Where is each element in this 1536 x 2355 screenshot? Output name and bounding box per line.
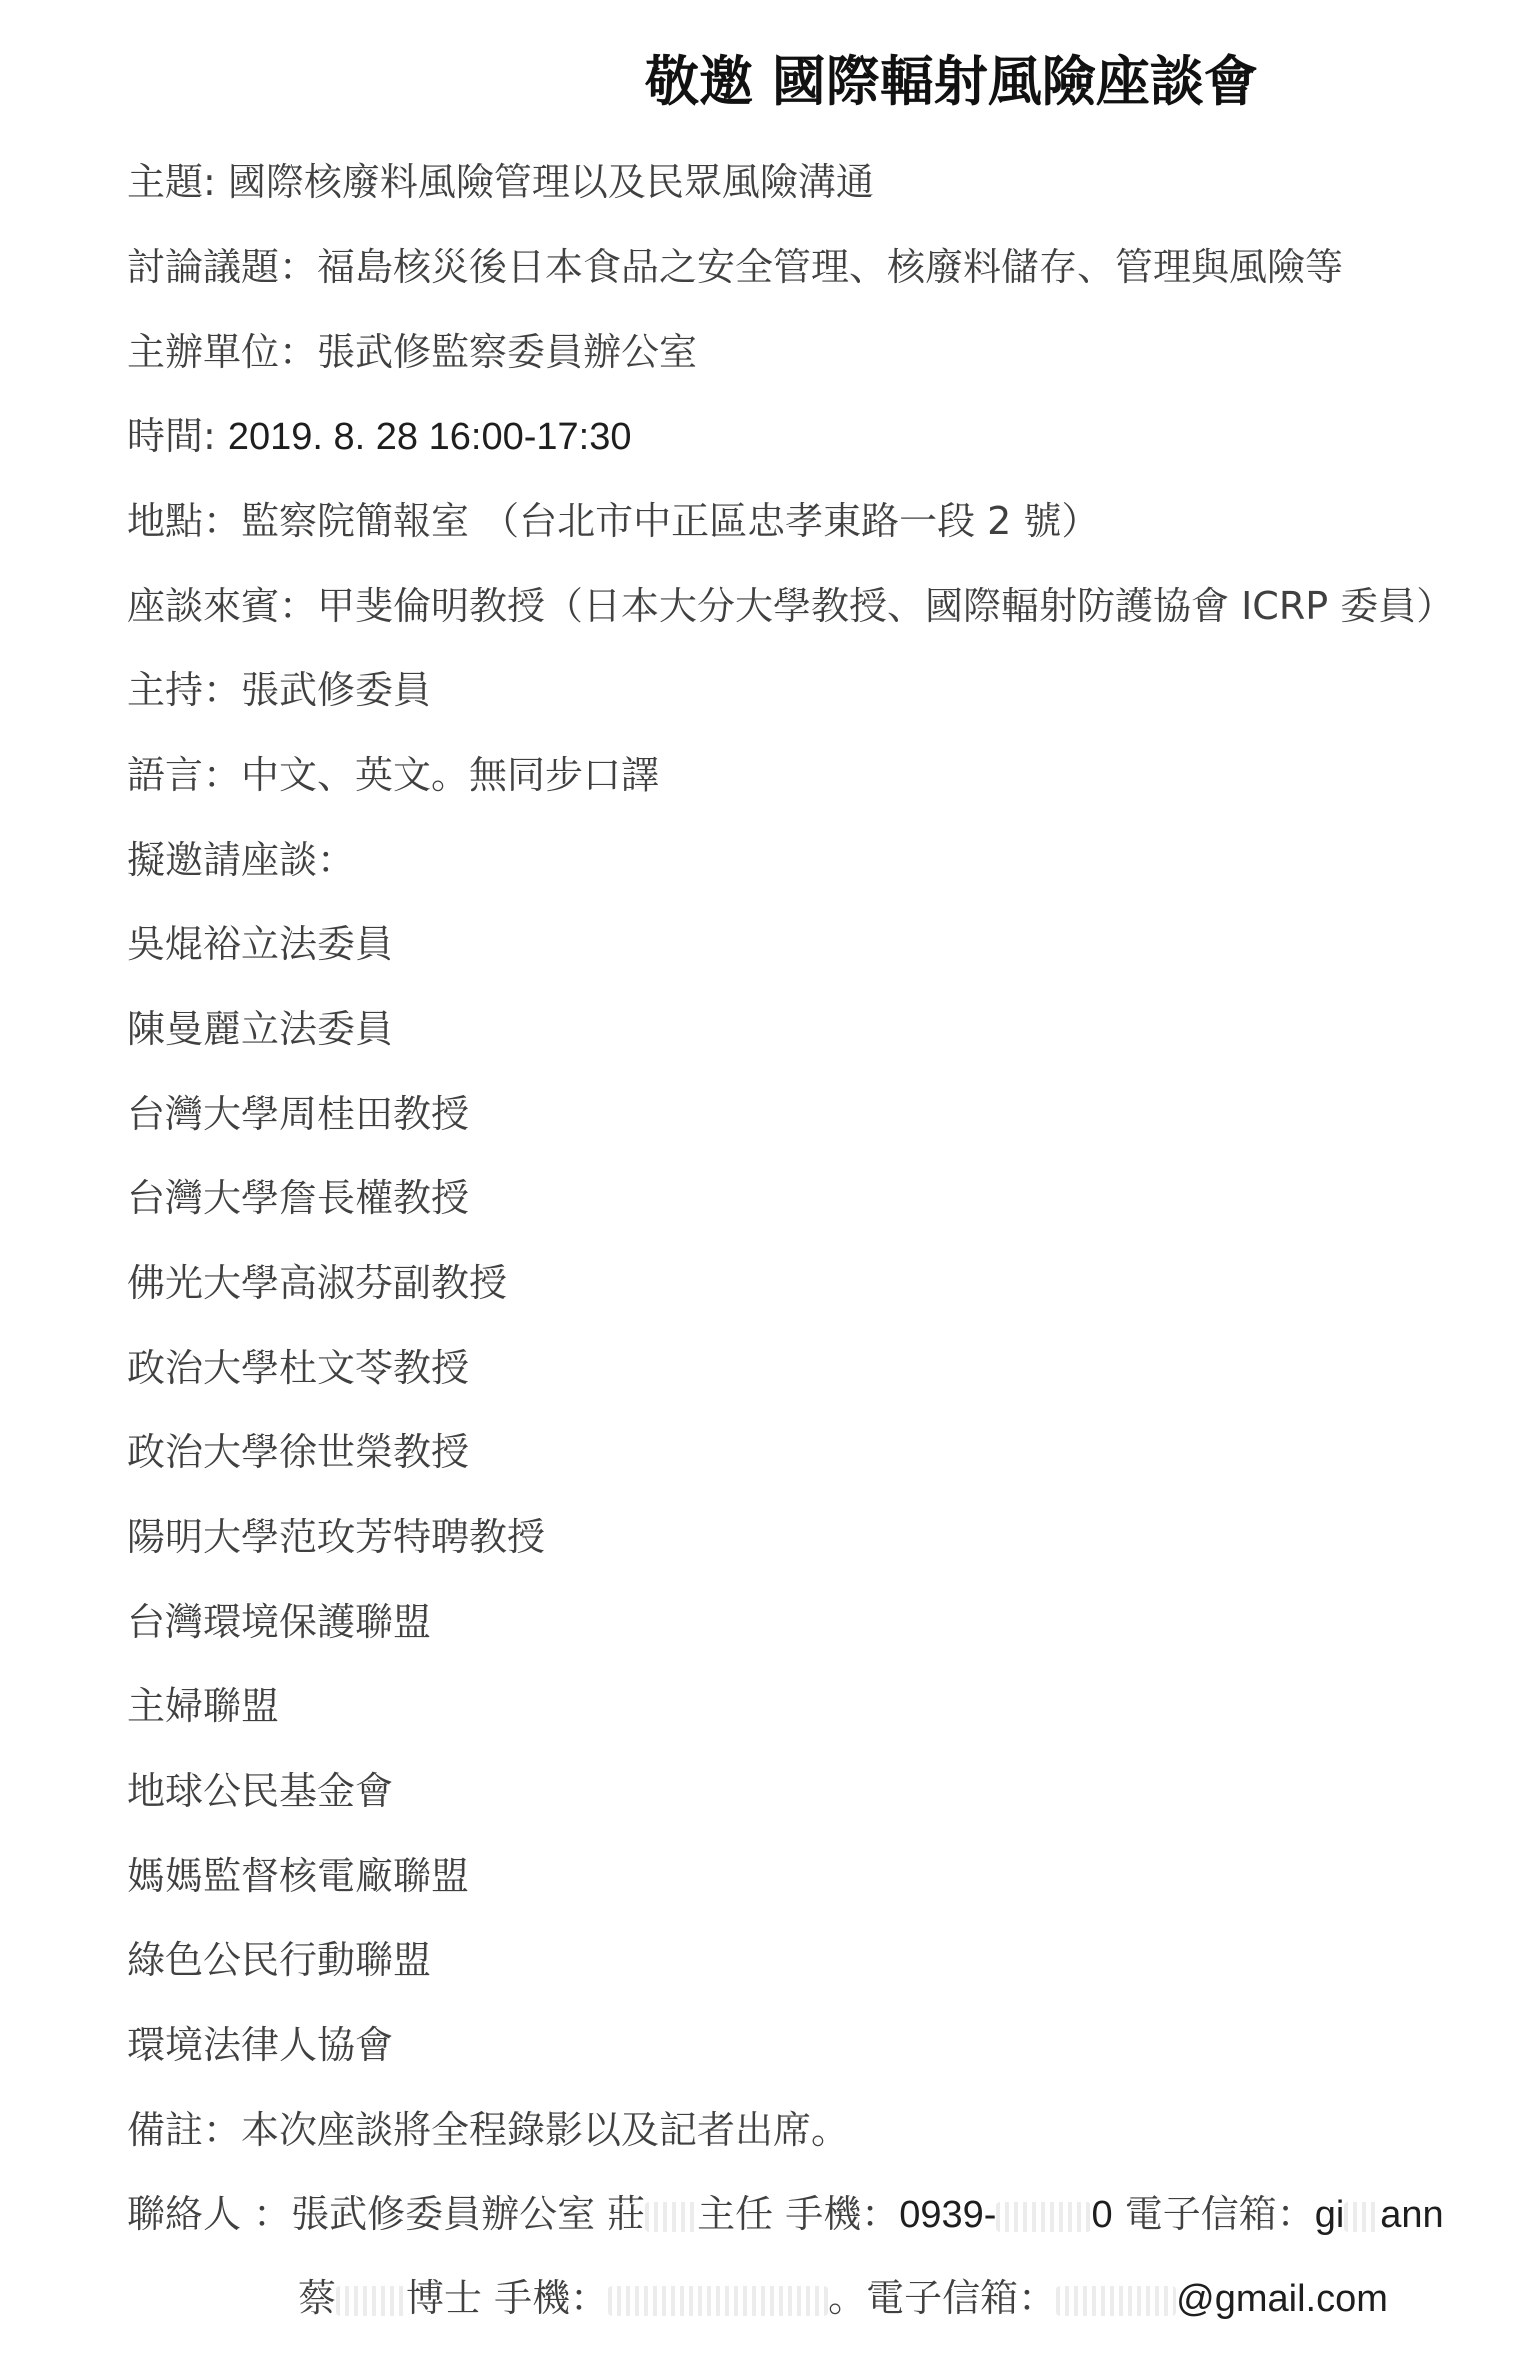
contact2-email-label: 。電子信箱： (828, 2276, 1056, 2320)
invitee-item: 綠色公民行動聯盟 (127, 1936, 431, 1984)
redacted-block (336, 2286, 406, 2316)
invitee-item: 吳焜裕立法委員 (127, 920, 393, 968)
invitee-item: 地球公民基金會 (127, 1767, 393, 1815)
invitee-item: 政治大學徐世榮教授 (127, 1428, 469, 1476)
invitee-item: 環境法律人協會 (127, 2021, 393, 2069)
note-line: 備註：本次座談將全程錄影以及記者出席。 (127, 2106, 849, 2154)
invitee-item: 陳曼麗立法委員 (127, 1005, 393, 1053)
contact2-title: 博士 手機： (406, 2276, 608, 2320)
issues-line: 討論議題：福島核災後日本食品之安全管理、核廢料儲存、管理與風險等 (127, 243, 1343, 291)
invitee-item: 主婦聯盟 (127, 1682, 279, 1730)
redacted-block (608, 2286, 828, 2316)
invitee-item: 政治大學杜文苓教授 (127, 1344, 469, 1392)
redacted-block (645, 2202, 697, 2232)
invitee-item: 陽明大學范玫芳特聘教授 (127, 1513, 545, 1561)
host-line: 主持：張武修委員 (127, 666, 431, 714)
time-label: 時間: (127, 414, 228, 458)
invitees-heading: 擬邀請座談： (127, 836, 355, 884)
contact-email-end[interactable]: ann (1380, 2194, 1443, 2236)
contact-email-label: 電子信箱： (1113, 2192, 1315, 2236)
redacted-block (996, 2202, 1091, 2232)
redacted-block (1056, 2286, 1176, 2316)
time-line: 時間: 2019. 8. 28 16:00-17:30 (127, 412, 631, 461)
contact-prefix: 聯絡人 ：張武修委員辦公室 莊 (127, 2192, 645, 2236)
topic-line: 主題: 國際核廢料風險管理以及民眾風險溝通 (127, 158, 874, 206)
contact-email-start[interactable]: gi (1315, 2194, 1345, 2236)
invitee-item: 台灣大學詹長權教授 (127, 1174, 469, 1222)
contact-line-1: 聯絡人 ：張武修委員辦公室 莊主任 手機：0939-0 電子信箱：giann (127, 2190, 1444, 2239)
contact-phone-start: 0939- (899, 2194, 996, 2236)
organizer-line: 主辦單位：張武修監察委員辦公室 (127, 328, 697, 376)
invitee-item: 台灣大學周桂田教授 (127, 1090, 469, 1138)
venue-line: 地點：監察院簡報室 （台北市中正區忠孝東路一段 2 號） (127, 497, 1099, 545)
invitee-item: 佛光大學高淑芬副教授 (127, 1259, 507, 1307)
invitee-item: 台灣環境保護聯盟 (127, 1598, 431, 1646)
guest-line: 座談來賓：甲斐倫明教授（日本大分大學教授、國際輻射防護協會 ICRP 委員） (127, 582, 1454, 630)
contact2-email-end[interactable]: @gmail.com (1176, 2278, 1388, 2320)
redacted-block (1344, 2202, 1380, 2232)
contact-phone-end: 0 (1091, 2194, 1112, 2236)
document-title: 敬邀 國際輻射風險座談會 (645, 50, 1258, 114)
language-line: 語言：中文、英文。無同步口譯 (127, 751, 659, 799)
invitee-item: 媽媽監督核電廠聯盟 (127, 1852, 469, 1900)
contact-title: 主任 手機： (697, 2192, 899, 2236)
contact-line-2: 蔡博士 手機：。電子信箱：@gmail.com (298, 2274, 1388, 2323)
contact2-name-start: 蔡 (298, 2276, 336, 2320)
time-value: 2019. 8. 28 16:00-17:30 (228, 416, 632, 458)
